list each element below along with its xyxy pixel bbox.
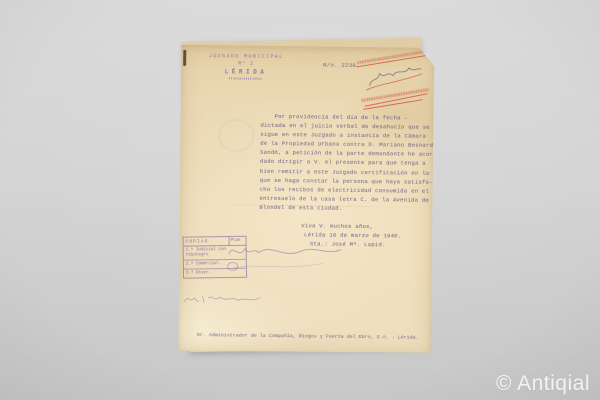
body-line: Blondel de esta ciudad.: [259, 203, 439, 214]
court-number: Nº 2: [202, 60, 290, 67]
body-text: Por providencia del día de la fecha - di…: [259, 112, 440, 214]
paper-sheet: JUZGADO MUNICIPAL Nº 2 LÉRIDA N/n. 2238.…: [178, 45, 435, 354]
court-city: LÉRIDA: [202, 68, 290, 76]
reference-number: N/n. 2238.: [323, 62, 360, 69]
received-stamp: [355, 50, 434, 111]
court-name: JUZGADO MUNICIPAL: [202, 53, 290, 60]
addressee-line: Sr. Administrador de la Compañía, Riegos…: [197, 333, 419, 341]
watermark-text: © Antiqial: [496, 372, 590, 396]
signature-scribble: [222, 238, 353, 288]
pencil-note-scribble: [180, 290, 270, 309]
copies-header-label: COPIAS: [184, 237, 229, 246]
court-stamp-subtext: [229, 77, 263, 79]
staple-mark: [183, 50, 186, 66]
faint-round-stamp: [218, 119, 254, 151]
court-header-stamp: JUZGADO MUNICIPAL Nº 2 LÉRIDA: [202, 53, 290, 80]
